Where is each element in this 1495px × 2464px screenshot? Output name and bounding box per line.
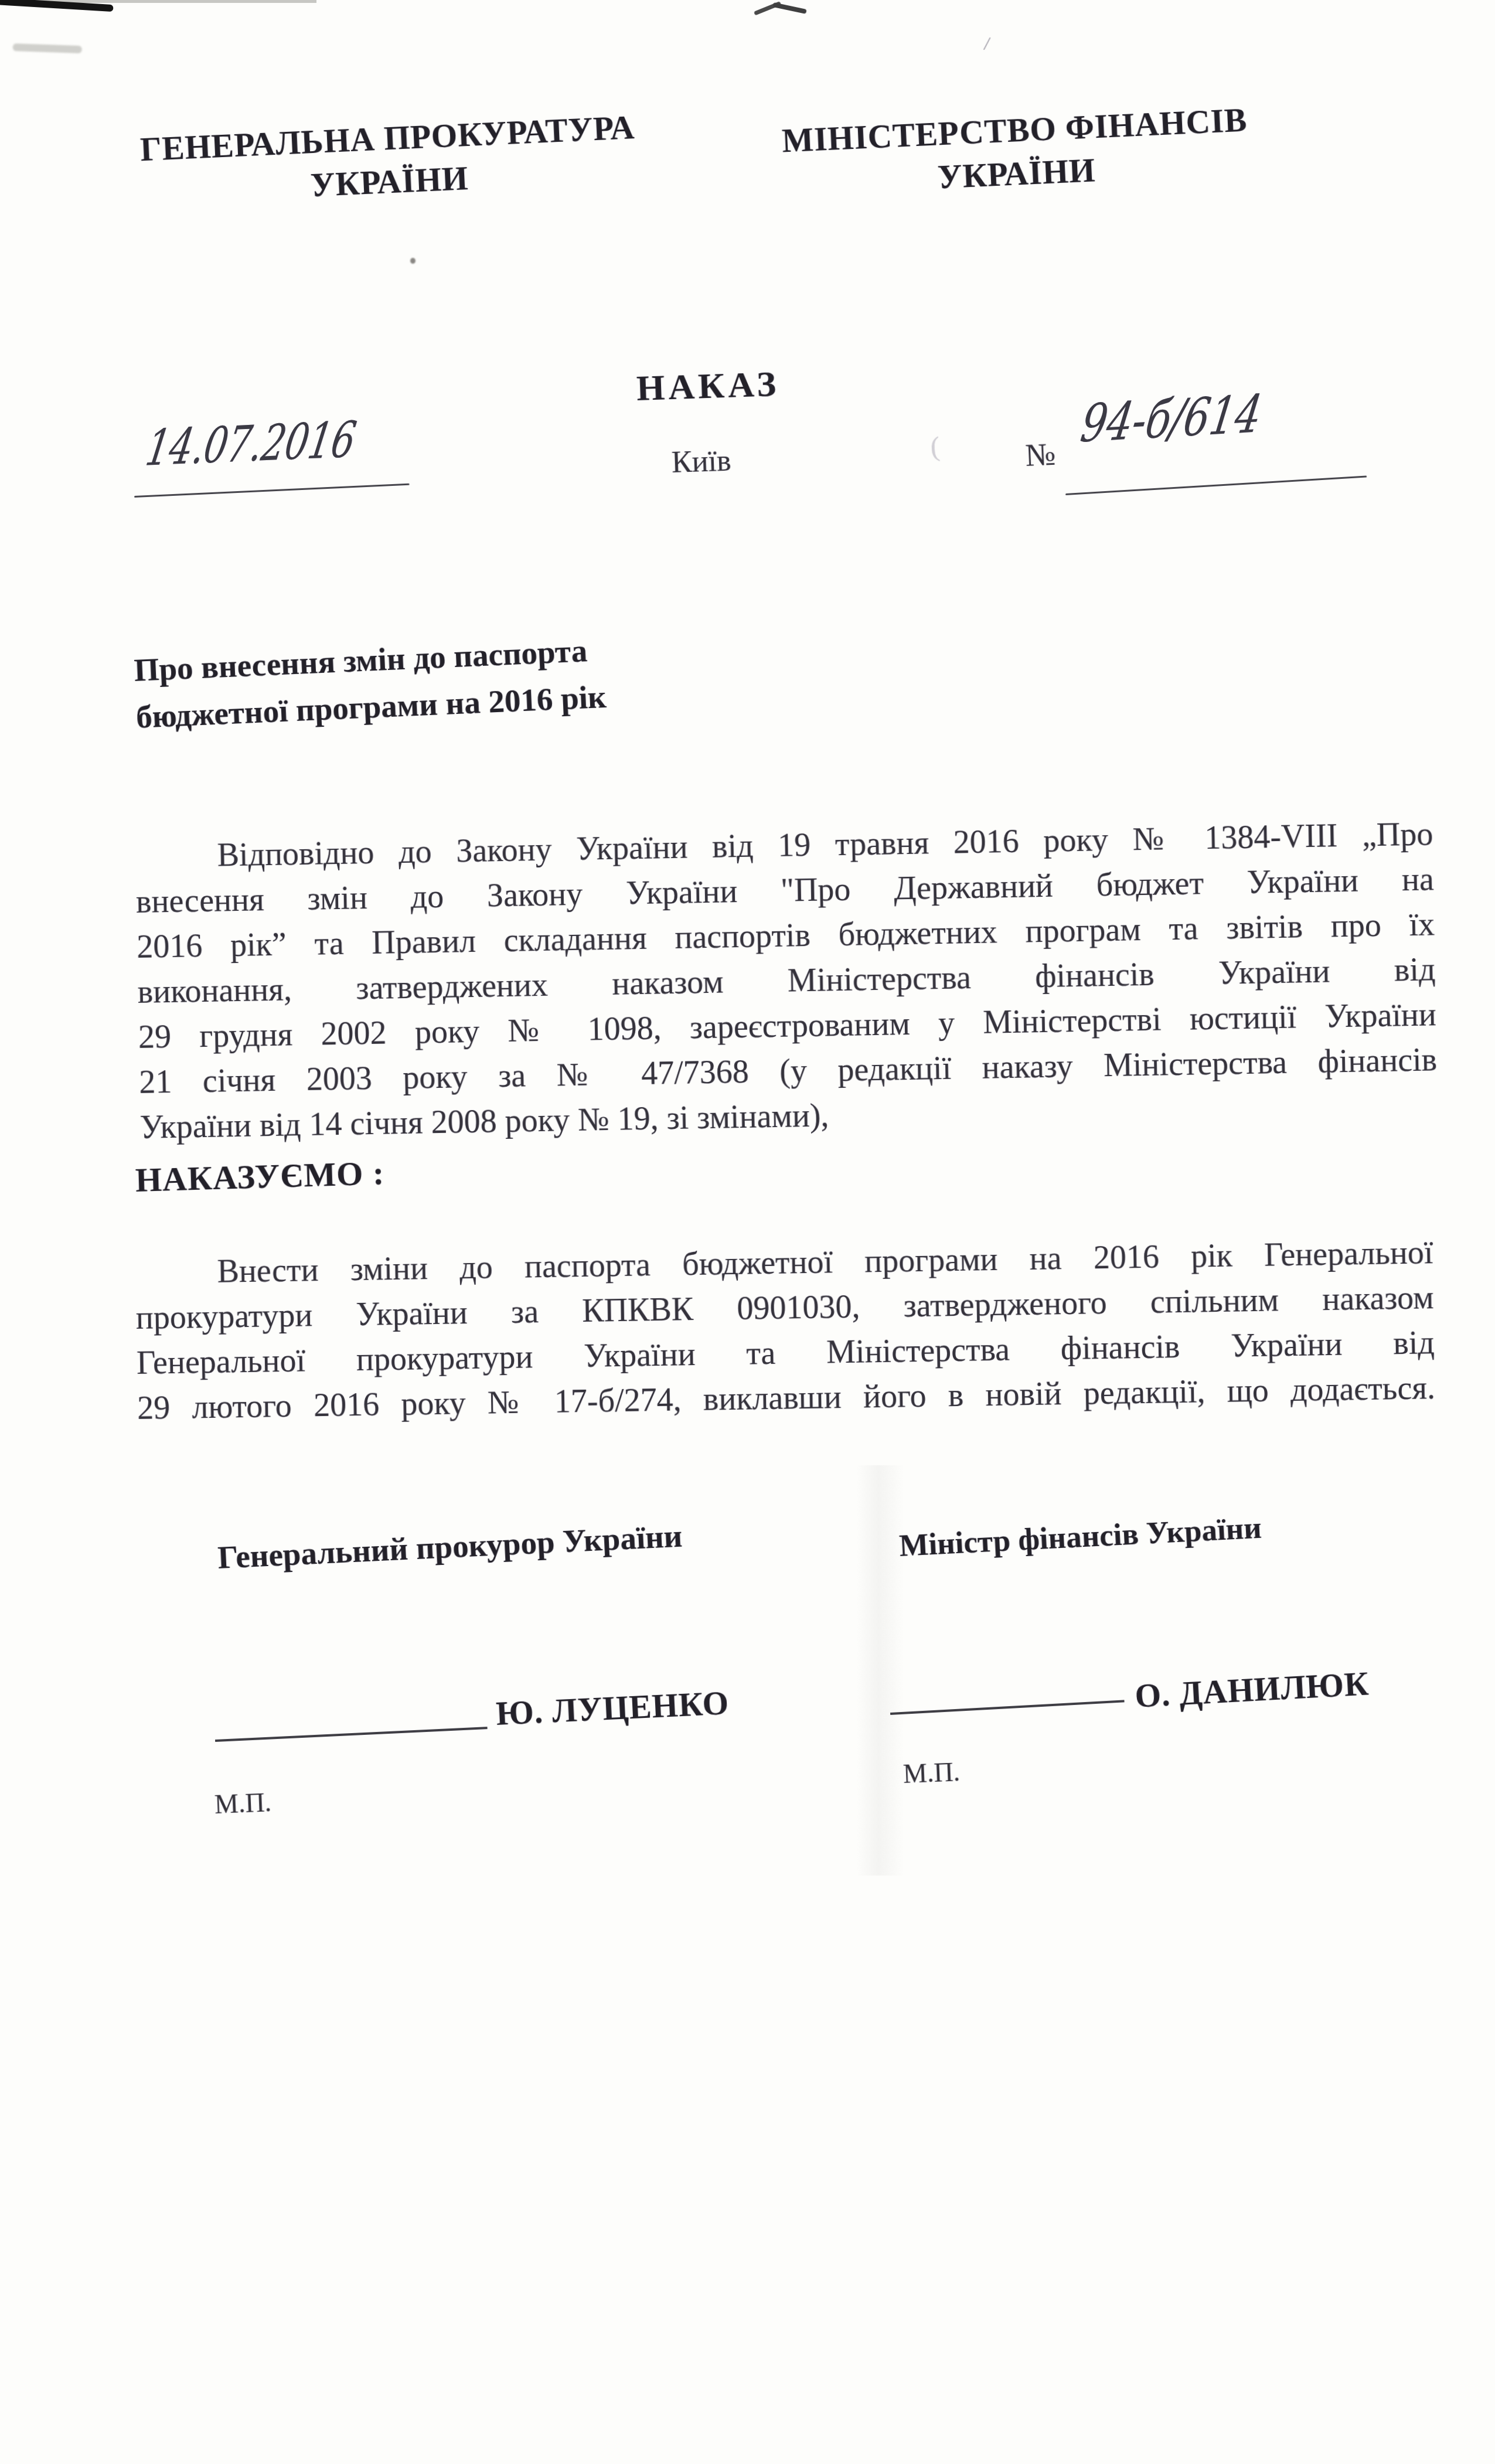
signature-line-left	[215, 1727, 488, 1742]
order-paragraph: Внести зміни до паспорта бюджетної прогр…	[135, 1230, 1436, 1431]
signature-title-left: Генеральний прокурор України	[217, 1517, 683, 1576]
scanned-order-page: / ( ГЕНЕРАЛЬНА ПРОКУРАТУРА УКРАЇНИ МІНІС…	[0, 0, 1495, 2464]
org-header-right: МІНІСТЕРСТВО ФІНАНСІВ УКРАЇНИ	[762, 98, 1269, 207]
scan-faint-paren: (	[929, 431, 941, 462]
date-underline	[134, 484, 410, 498]
signature-name-right: О. ДАНИЛЮК	[1134, 1665, 1370, 1716]
resolution-heading: НАКАЗУЄМО :	[135, 1153, 385, 1200]
org-header-left: ГЕНЕРАЛЬНА ПРОКУРАТУРА УКРАЇНИ	[105, 104, 672, 216]
signature-title-right: Міністр фінансів України	[898, 1510, 1262, 1564]
signature-line-right	[890, 1700, 1125, 1715]
scan-corner-smudge	[13, 43, 82, 53]
city-label: Київ	[671, 444, 731, 480]
subject-block: Про внесення змін до паспорта бюджетної …	[133, 627, 607, 741]
number-handwritten: 94-б/614	[1074, 381, 1307, 454]
doc-type-title: НАКАЗ	[636, 363, 780, 410]
signature-name-left: Ю. ЛУЦЕНКО	[495, 1684, 730, 1733]
preamble-paragraph: Відповідно до Закону України від 19 трав…	[135, 812, 1438, 1151]
scan-dot-speck	[410, 258, 416, 264]
number-handwritten-text: 94-б/614	[1077, 383, 1266, 454]
scan-pen-mark-stroke-2	[772, 2, 806, 14]
date-handwritten-text: 14.07.2016	[142, 410, 360, 477]
seal-placeholder-right: М.П.	[903, 1756, 961, 1789]
number-underline	[1065, 475, 1367, 495]
seal-placeholder-left: М.П.	[214, 1786, 272, 1820]
date-handwritten: 14.07.2016	[139, 408, 424, 477]
number-sign-label: №	[1024, 436, 1056, 474]
scan-shading-band	[857, 1465, 904, 1876]
scan-tick-speck: /	[983, 33, 992, 56]
